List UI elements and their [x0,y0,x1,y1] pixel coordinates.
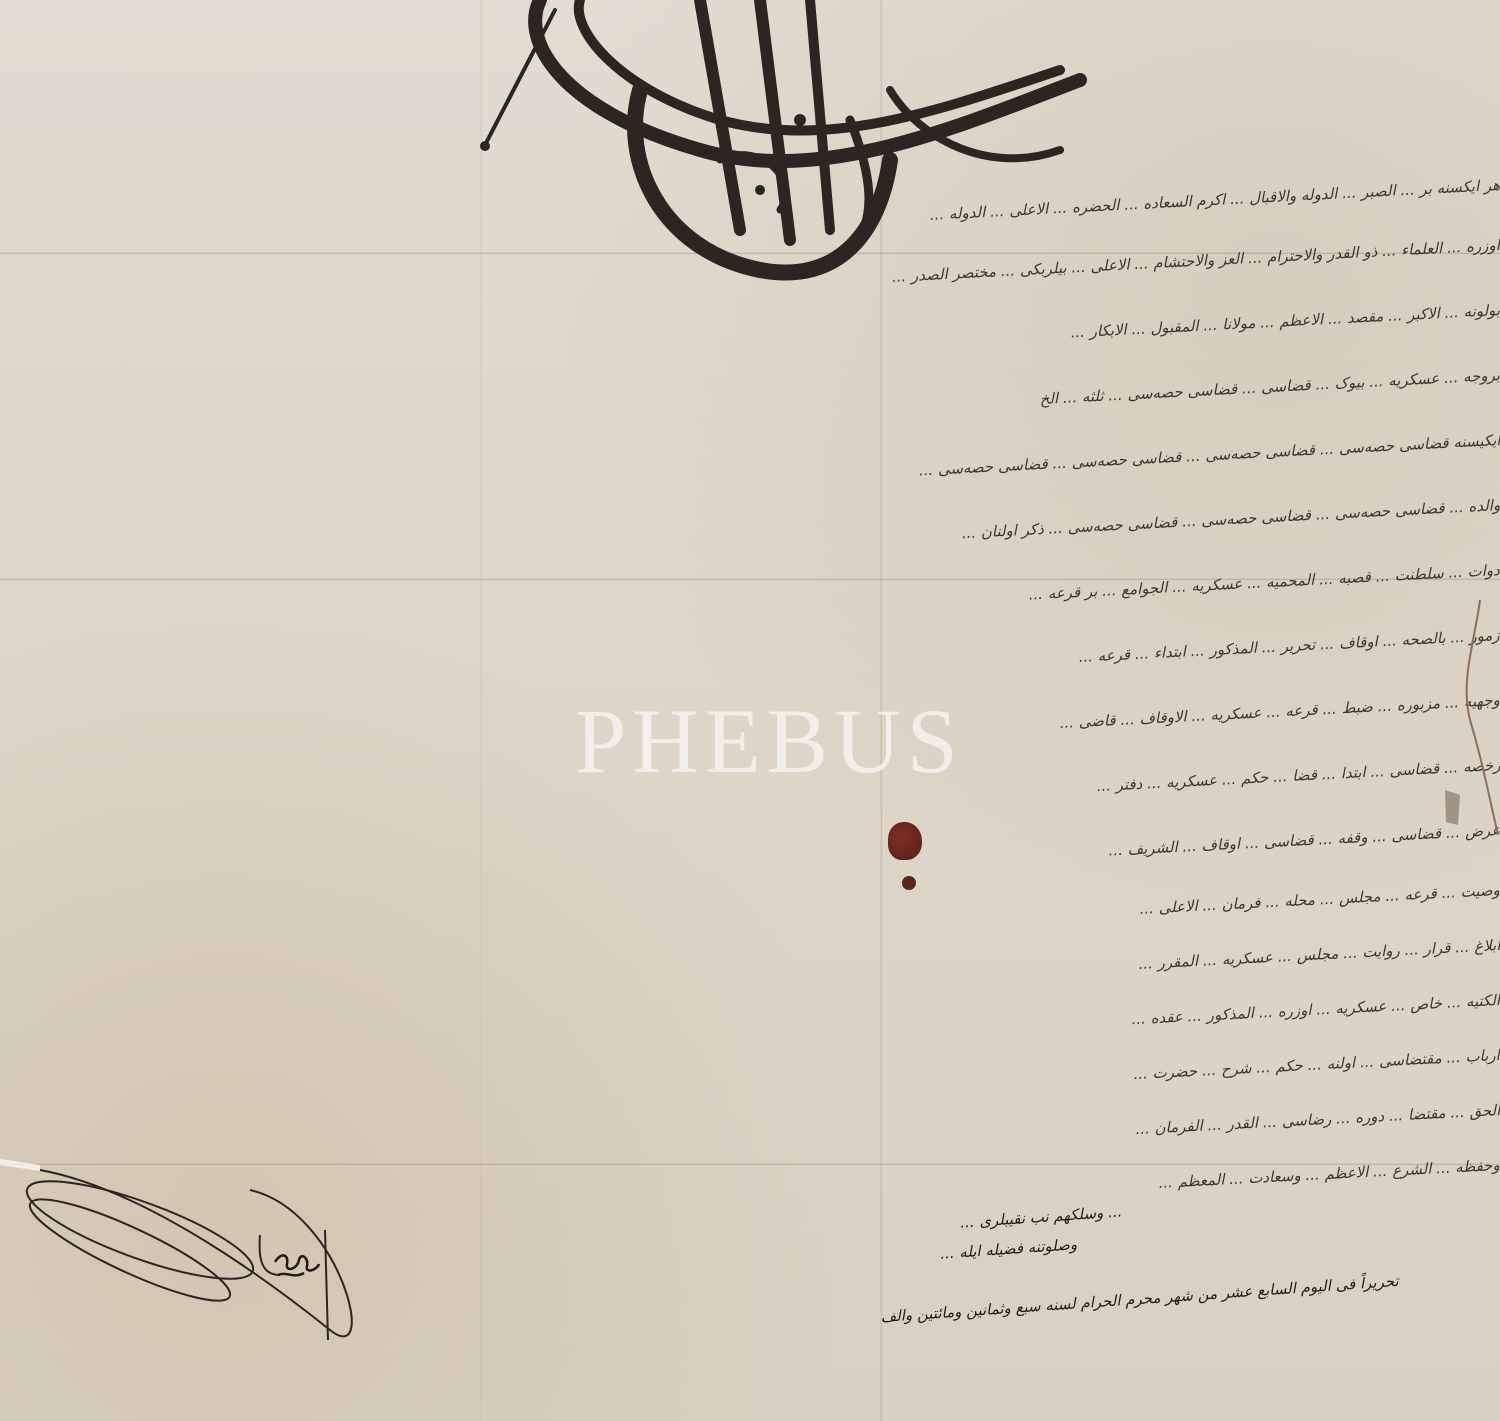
line-text: وصیت ... قرعه ... مجلس ... محله ... فرما… [1139,881,1500,918]
line-text: بولونه ... الاکبر ... مقصد ... الاعظم ..… [1070,301,1500,341]
signature-pence [0,1150,560,1421]
paper-tear [1420,600,1500,840]
date-line: تحریراً فی الیوم السابع عشر من شهر محرم … [880,1272,1399,1326]
line-text: الکتیه ... خاص ... عسکریه ... اوزره ... … [1131,991,1500,1028]
text-line: هر ایکسنه بر ... الصبر ... الدوله والاقب… [0,165,1500,205]
text-line: عرض ... قضاسی ... وقفه ... قضاسی ... اوق… [0,810,1500,850]
closing-line: وصلوتنه فضیله ایله ... [940,1235,1078,1263]
wax-seal [888,822,922,860]
text-line: ارباب ... مقتضاسی ... اولنه ... حکم ... … [0,1035,1500,1075]
closing-line: ... وسلكهم نب نقیبلری ... [960,1202,1123,1231]
text-line: دوات ... سلطنت ... قصبه ... المحمیه ... … [0,550,1500,590]
line-text: والده ... قضاسی حصه‌سی ... قضاسی حصه‌سی … [961,496,1500,542]
text-line: الکتیه ... خاص ... عسکریه ... اوزره ... … [0,980,1500,1020]
text-line: الحق ... مقتضا ... دوره ... رضاسی ... ال… [0,1090,1500,1130]
text-line: ایکیسنه قضاسی حصه‌سی ... قضاسی حصه‌سی ..… [0,420,1500,460]
text-line: رخصه ... قضاسی ... ابتدا ... قضا ... حکم… [0,745,1500,785]
text-line: وجهیه ... مزبوره ... ضبط ... قرعه ... عس… [0,680,1500,720]
text-line: وصیت ... قرعه ... مجلس ... محله ... فرما… [0,870,1500,910]
line-text: بروجه ... عسکریه ... بیوک ... قضاسی ... … [1039,366,1500,408]
text-line: اوزره ... العلماء ... ذو القدر والاحترام… [0,225,1500,265]
text-line: بولونه ... الاکبر ... مقصد ... الاعظم ..… [0,290,1500,330]
text-line: ابلاغ ... قرار ... روایت ... مجلس ... عس… [0,925,1500,965]
line-text: ابلاغ ... قرار ... روایت ... مجلس ... عس… [1138,936,1500,973]
text-line: زمور ... بالصحه ... اوقاف ... تحریر ... … [0,615,1500,655]
document-page: هر ایکسنه بر ... الصبر ... الدوله والاقب… [0,0,1500,1421]
line-text: ارباب ... مقتضاسی ... اولنه ... حکم ... … [1133,1046,1500,1083]
line-text: ایکیسنه قضاسی حصه‌سی ... قضاسی حصه‌سی ..… [918,431,1500,479]
line-text: وحفظه ... الشرع ... الاعظم ... وسعادت ..… [1158,1156,1500,1192]
text-line: والده ... قضاسی حصه‌سی ... قضاسی حصه‌سی … [0,485,1500,525]
text-line: بروجه ... عسکریه ... بیوک ... قضاسی ... … [0,355,1500,395]
wax-seal-drop [902,876,916,890]
line-text: الحق ... مقتضا ... دوره ... رضاسی ... ال… [1135,1101,1500,1138]
line-text: دوات ... سلطنت ... قصبه ... المحمیه ... … [1029,561,1500,604]
